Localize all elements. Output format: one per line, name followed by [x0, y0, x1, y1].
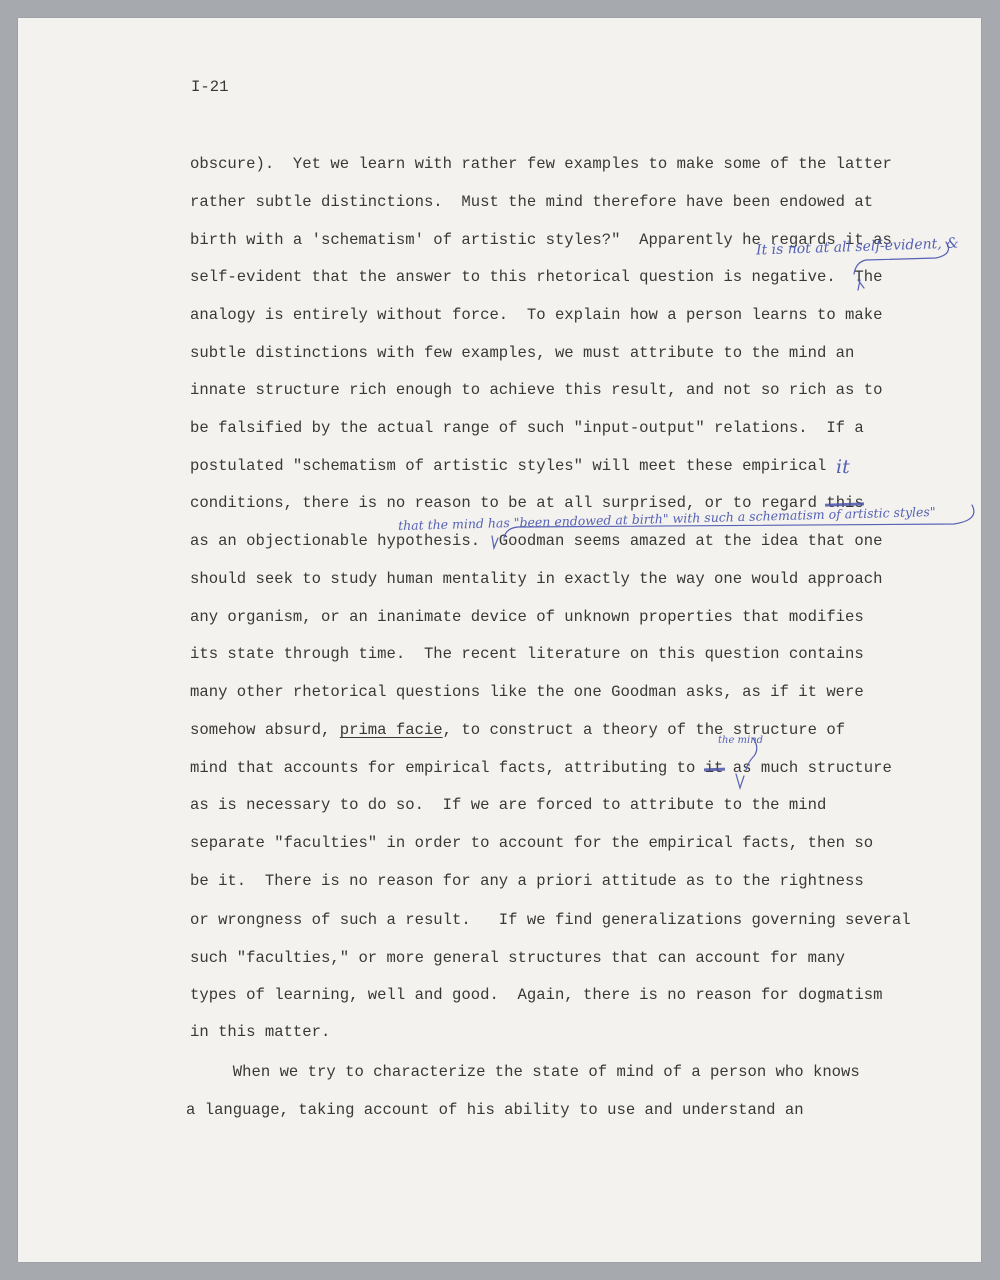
- text-line: many other rhetorical questions like the…: [190, 683, 864, 701]
- text-line: a language, taking account of his abilit…: [186, 1101, 804, 1119]
- handwritten-insert: the mind: [718, 736, 763, 746]
- text-line: any organism, or an inanimate device of …: [190, 608, 864, 626]
- text-line: rather subtle distinctions. Must the min…: [190, 193, 873, 211]
- text-line: should seek to study human mentality in …: [190, 570, 882, 588]
- text-line: its state through time. The recent liter…: [190, 645, 864, 663]
- text-line: analogy is entirely without force. To ex…: [190, 306, 882, 324]
- text-line: mind that accounts for empirical facts, …: [190, 759, 892, 777]
- text-line: be falsified by the actual range of such…: [190, 419, 864, 437]
- text-line: self-evident that the answer to this rhe…: [190, 268, 882, 286]
- underlined-phrase: prima facie: [340, 721, 443, 739]
- text-line: separate "faculties" in order to account…: [190, 834, 873, 852]
- text-line: innate structure rich enough to achieve …: [190, 381, 882, 399]
- text-line: as an objectionable hypothesis. Goodman …: [190, 532, 882, 550]
- text-line: as is necessary to do so. If we are forc…: [190, 796, 826, 814]
- text-line: in this matter.: [190, 1023, 330, 1041]
- text-line: such "faculties," or more general struct…: [190, 949, 845, 967]
- text-line: obscure). Yet we learn with rather few e…: [190, 155, 892, 173]
- text-segment: , to construct a theory of the structure…: [443, 721, 845, 739]
- struck-word: it: [705, 759, 724, 777]
- text-segment: mind that accounts for empirical facts, …: [190, 759, 705, 777]
- text-line: postulated "schematism of artistic style…: [190, 457, 826, 475]
- handwritten-insert: it: [836, 458, 850, 477]
- text-line: types of learning, well and good. Again,…: [190, 986, 882, 1004]
- text-line: or wrongness of such a result. If we fin…: [190, 911, 911, 929]
- text-line: When we try to characterize the state of…: [186, 1063, 860, 1081]
- text-segment: as much structure: [723, 759, 891, 777]
- page-number: I-21: [191, 78, 228, 96]
- text-line: subtle distinctions with few examples, w…: [190, 344, 854, 362]
- text-segment: somehow absurd,: [190, 721, 340, 739]
- document-page: I-21 obscure). Yet we learn with rather …: [18, 18, 981, 1262]
- text-line: be it. There is no reason for any a prio…: [190, 872, 864, 890]
